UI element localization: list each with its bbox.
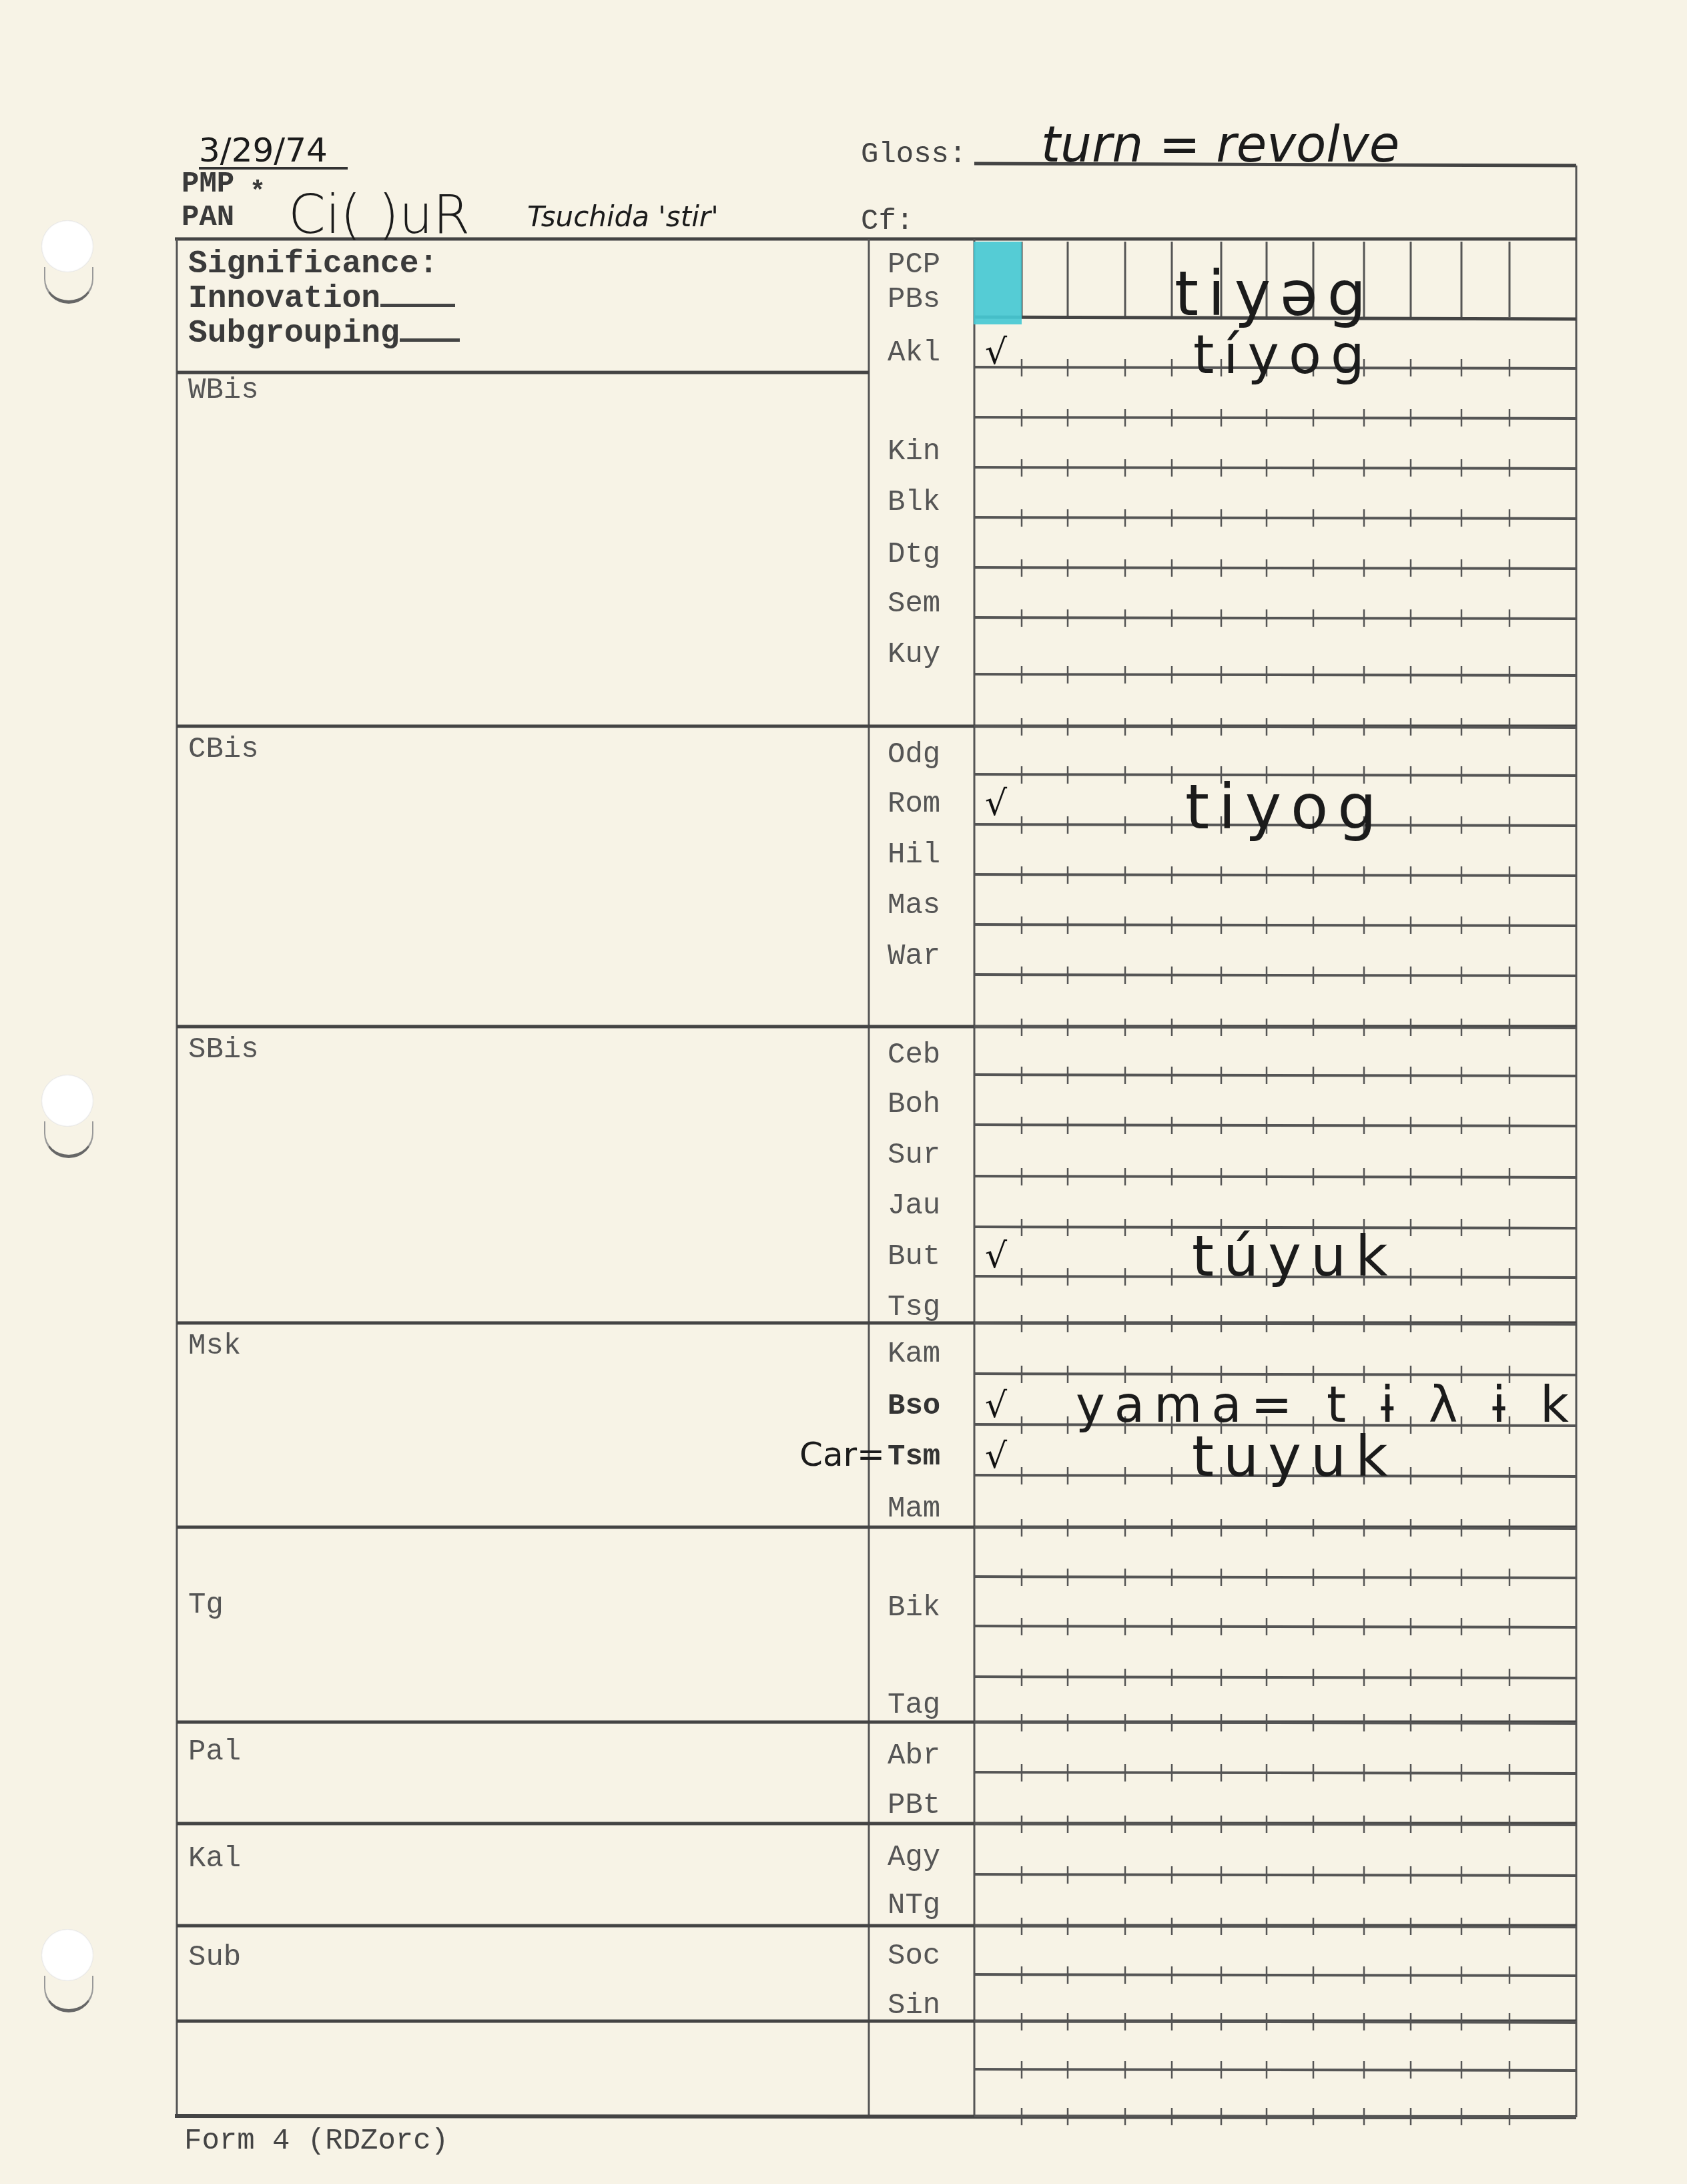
form-id: Form 4 (RDZorc) — [184, 2127, 448, 2156]
form-entry-but[interactable]: túyuk — [1192, 1228, 1397, 1284]
form-entry-rom[interactable]: tiyog — [1185, 777, 1386, 838]
language-label-bso: Bso — [888, 1390, 968, 1423]
prefix-note: Car= — [799, 1438, 885, 1471]
language-label-sur: Sur — [888, 1139, 968, 1172]
language-label-kam: Kam — [888, 1338, 968, 1371]
checkmark-icon[interactable]: √ — [985, 1236, 1007, 1276]
subgrouping-blank[interactable] — [400, 338, 460, 342]
date: 3/29/74 — [199, 133, 348, 170]
section-label-wbis: WBis — [188, 374, 259, 407]
language-label-pcp: PCP — [888, 248, 968, 282]
language-label-sin: Sin — [888, 1989, 968, 2022]
form-entry-tsm[interactable]: tuyuk — [1192, 1428, 1397, 1484]
subgrouping-label: Subgrouping — [188, 318, 460, 350]
source-note: Tsuchida 'stir' — [527, 203, 719, 231]
innovation-blank[interactable] — [380, 304, 455, 307]
language-label-rom: Rom — [888, 788, 968, 821]
section-label-tg: Tg — [188, 1589, 224, 1622]
asterisk: * — [250, 180, 266, 207]
language-label-akl: Akl — [888, 336, 968, 370]
language-label-odg: Odg — [888, 738, 968, 772]
language-label-tsm: Tsm — [888, 1440, 968, 1474]
section-label-cbis: CBis — [188, 733, 259, 766]
section-label-pal: Pal — [188, 1735, 241, 1769]
reconstruction: Ci( )uR — [288, 188, 470, 242]
language-label-kuy: Kuy — [888, 638, 968, 671]
pan-label: PAN — [182, 203, 234, 232]
language-label-pbt: PBt — [888, 1789, 968, 1822]
language-label-ntg: NTg — [888, 1889, 968, 1922]
form-entry-bso[interactable]: yama= t ɨ λ ɨ k — [1076, 1380, 1578, 1430]
color-tab-marker — [974, 242, 1022, 324]
language-label-blk: Blk — [888, 486, 968, 519]
section-label-kal: Kal — [188, 1842, 241, 1876]
language-label-abr: Abr — [888, 1739, 968, 1773]
cf-label: Cf: — [861, 207, 914, 236]
language-label-bik: Bik — [888, 1591, 968, 1625]
language-label-but: But — [888, 1240, 968, 1274]
form-entry-pbs[interactable]: tiyəg — [1174, 264, 1375, 325]
form-entry-akl[interactable]: tíyog — [1193, 328, 1374, 382]
language-label-jau: Jau — [888, 1189, 968, 1223]
significance-title: Significance: — [188, 248, 438, 280]
gloss-value[interactable]: turn = revolve — [1041, 120, 1399, 170]
language-label-soc: Soc — [888, 1940, 968, 1973]
language-label-tsg: Tsg — [888, 1291, 968, 1324]
checkmark-icon[interactable]: √ — [985, 784, 1007, 824]
innovation-label: Innovation — [188, 283, 455, 315]
checkmark-icon[interactable]: √ — [985, 1386, 1007, 1426]
subgrouping-text: Subgrouping — [188, 316, 400, 352]
language-label-hil: Hil — [888, 838, 968, 872]
language-label-dtg: Dtg — [888, 538, 968, 571]
language-label-sem: Sem — [888, 587, 968, 621]
language-label-war: War — [888, 940, 968, 973]
language-label-kin: Kin — [888, 435, 968, 469]
language-label-mam: Mam — [888, 1492, 968, 1526]
checkmark-icon[interactable]: √ — [985, 332, 1007, 372]
section-label-msk: Msk — [188, 1330, 241, 1363]
language-label-mas: Mas — [888, 889, 968, 922]
section-label-sub: Sub — [188, 1941, 241, 1974]
gloss-label: Gloss: — [861, 140, 966, 170]
language-label-tag: Tag — [888, 1689, 968, 1722]
section-label-sbis: SBis — [188, 1033, 259, 1067]
language-label-pbs: PBs — [888, 283, 968, 316]
language-label-agy: Agy — [888, 1841, 968, 1874]
innovation-text: Innovation — [188, 281, 380, 317]
language-label-boh: Boh — [888, 1088, 968, 1121]
pmp-label: PMP — [182, 170, 234, 199]
language-label-ceb: Ceb — [888, 1039, 968, 1072]
checkmark-icon[interactable]: √ — [985, 1436, 1007, 1476]
